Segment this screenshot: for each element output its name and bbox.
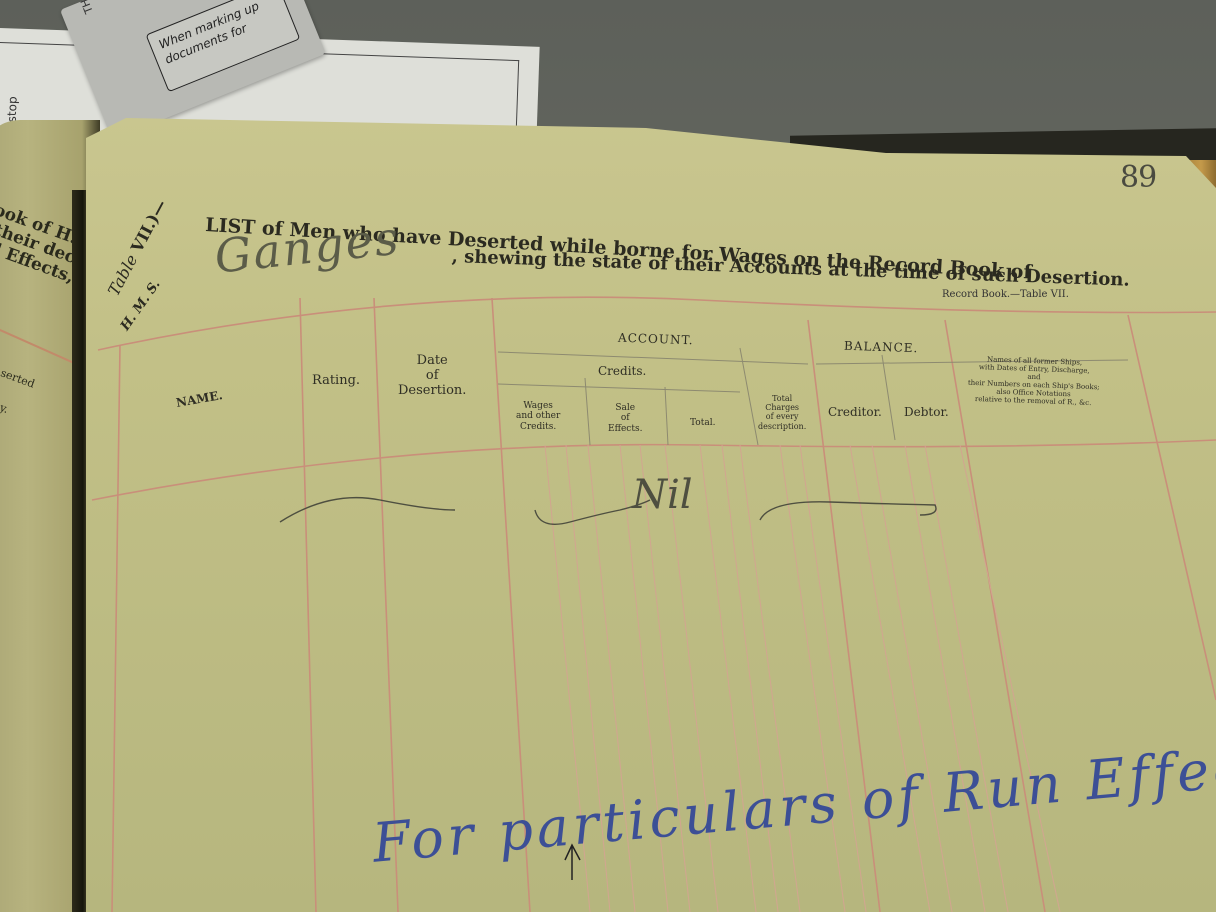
column-header-rating: Rating. (312, 374, 360, 389)
column-group-account: ACCOUNT. (618, 332, 694, 348)
column-group-balance: BALANCE. (844, 340, 919, 356)
record-book-reference: Record Book.—Table VII. (942, 289, 1069, 300)
column-header-total-charges: TotalChargesof everydescription. (758, 394, 806, 431)
column-group-credits: Credits. (598, 365, 646, 379)
nil-entry-handwritten: Nil (632, 472, 693, 518)
column-header-creditor: Creditor. (828, 406, 882, 420)
page-number: 89 (1120, 160, 1156, 195)
column-header-total: Total. (690, 418, 715, 428)
column-header-notations: Names of all former Ships,with Dates of … (967, 355, 1100, 408)
column-header-wages: Wagesand otherCredits. (516, 401, 560, 432)
column-header-debtor: Debtor. (904, 406, 949, 420)
column-header-date: DateofDesertion. (398, 354, 466, 399)
column-header-sale-of-effects: SaleofEffects. (608, 403, 642, 434)
